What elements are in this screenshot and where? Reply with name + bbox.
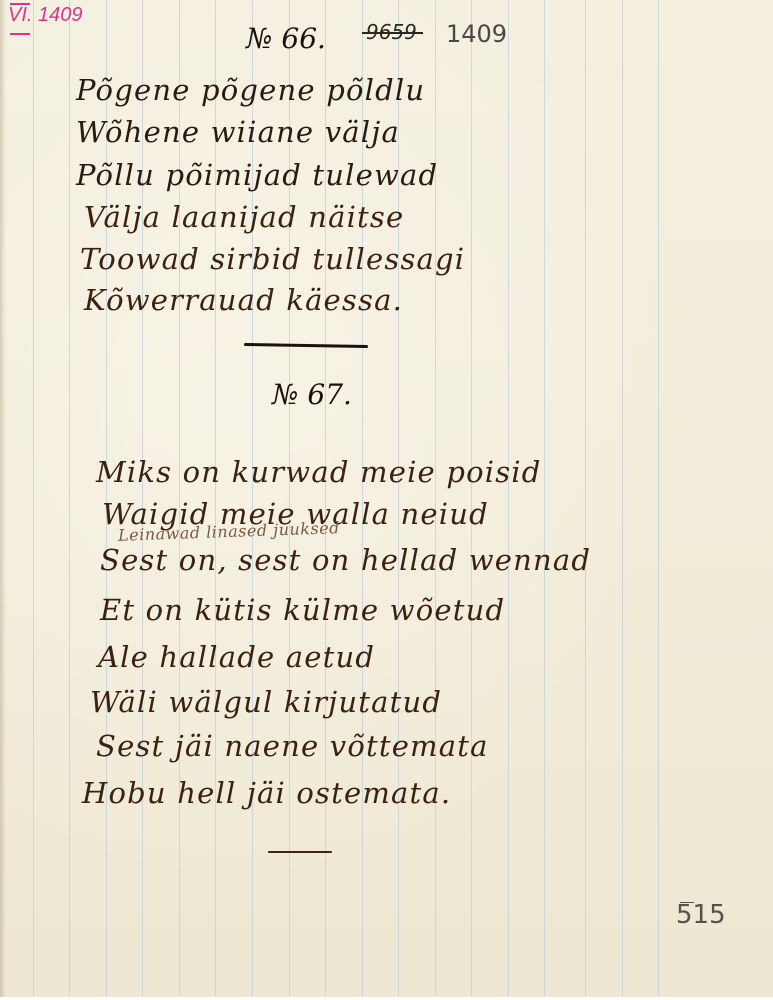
rule-line <box>544 0 545 997</box>
song-67-line-4: Et on kütis külme wõetud <box>100 596 505 625</box>
song-67-line-8: Hobu hell jäi ostemata. <box>82 779 451 808</box>
song-66-line-6: Kõwerrauad käessa. <box>84 286 403 315</box>
song-67-line-1: Miks on kurwad meie poisid <box>96 458 542 487</box>
song-67-line-6: Wäli wälgul kirjutatud <box>90 688 442 717</box>
struck-out-number: 9659 <box>366 20 417 44</box>
song-67-line-5: Ale hallade aetud <box>98 643 375 672</box>
rule-line <box>658 0 659 997</box>
rule-line <box>585 0 586 997</box>
page-edge-shadow <box>0 0 6 997</box>
end-divider <box>268 851 332 853</box>
archive-mark-text: VI. 1409 <box>8 4 83 26</box>
rule-line <box>508 0 509 997</box>
song-66-line-4: Välja laanijad näitse <box>84 203 404 232</box>
archive-underline <box>10 33 30 35</box>
archive-stamp: VI. 1409 <box>8 4 83 27</box>
section-divider <box>244 343 368 348</box>
song-66-line-2: Wõhene wiiane välja <box>76 118 400 147</box>
rule-line <box>622 0 623 997</box>
song-66-line-1: Põgene põgene põldlu <box>76 76 425 105</box>
song-67-line-7: Sest jäi naene võttemata <box>96 732 489 761</box>
song-number-66: № 66. <box>246 22 326 55</box>
song-66-line-3: Põllu põimijad tulewad <box>76 161 438 190</box>
song-66-line-5: Toowad sirbid tullessagi <box>80 245 465 274</box>
manuscript-page: VI. 1409 9659 1409 № 66. Põgene põgene p… <box>0 0 773 997</box>
rule-line <box>69 0 70 997</box>
folio-number: 515 <box>676 900 726 930</box>
archive-overline <box>10 3 30 5</box>
pencil-number: 1409 <box>446 20 507 48</box>
rule-line <box>33 0 34 997</box>
song-67-line-3: Sest on, sest on hellad wennad <box>100 546 591 575</box>
song-number-67: № 67. <box>272 378 352 411</box>
